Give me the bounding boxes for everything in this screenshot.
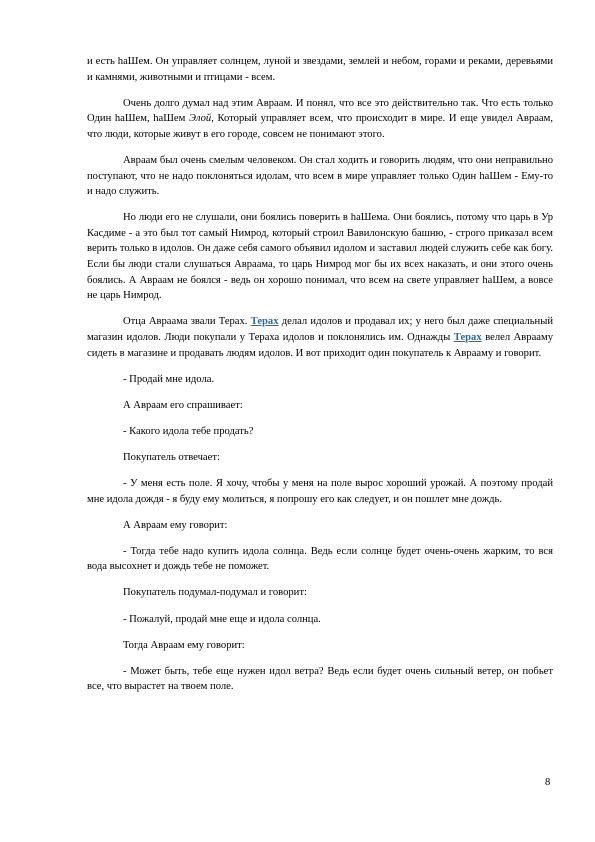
paragraph: - Может быть, тебе еще нужен идол ветра?… [87,664,553,695]
paragraph: Авраам был очень смелым человеком. Он ст… [87,153,553,200]
paragraph: А Авраам ему говорит: [87,518,553,534]
text-run: Отца Авраама звали Терах. [123,316,251,327]
paragraph: - Продай мне идола. [87,372,553,388]
paragraph: - Какого идола тебе продать? [87,424,553,440]
paragraph: - Пожалуй, продай мне еще и идола солнца… [87,612,553,628]
paragraph: и есть haШем. Он управляет солнцем, луно… [87,54,553,85]
paragraph: Отца Авраама звали Терах. Терах делал ид… [87,314,553,361]
paragraph: - У меня есть поле. Я хочу, чтобы у меня… [87,476,553,507]
paragraph: Но люди его не слушали, они боялись пове… [87,210,553,304]
terah-link[interactable]: Терах [454,332,482,343]
document-page: и есть haШем. Он управляет солнцем, луно… [0,0,595,842]
terah-link[interactable]: Терах [251,316,279,327]
page-number: 8 [545,777,550,788]
paragraph: Тогда Авраам ему говорит: [87,638,553,654]
paragraph: Покупатель отвечает: [87,450,553,466]
page-body: и есть haШем. Он управляет солнцем, луно… [87,54,553,705]
paragraph: А Авраам его спрашивает: [87,398,553,414]
paragraph: Очень долго думал над этим Авраам. И пон… [87,96,553,143]
paragraph: - Тогда тебе надо купить идола солнца. В… [87,544,553,575]
italic-word: Элой [189,113,211,124]
paragraph: Покупатель подумал-подумал и говорит: [87,585,553,601]
